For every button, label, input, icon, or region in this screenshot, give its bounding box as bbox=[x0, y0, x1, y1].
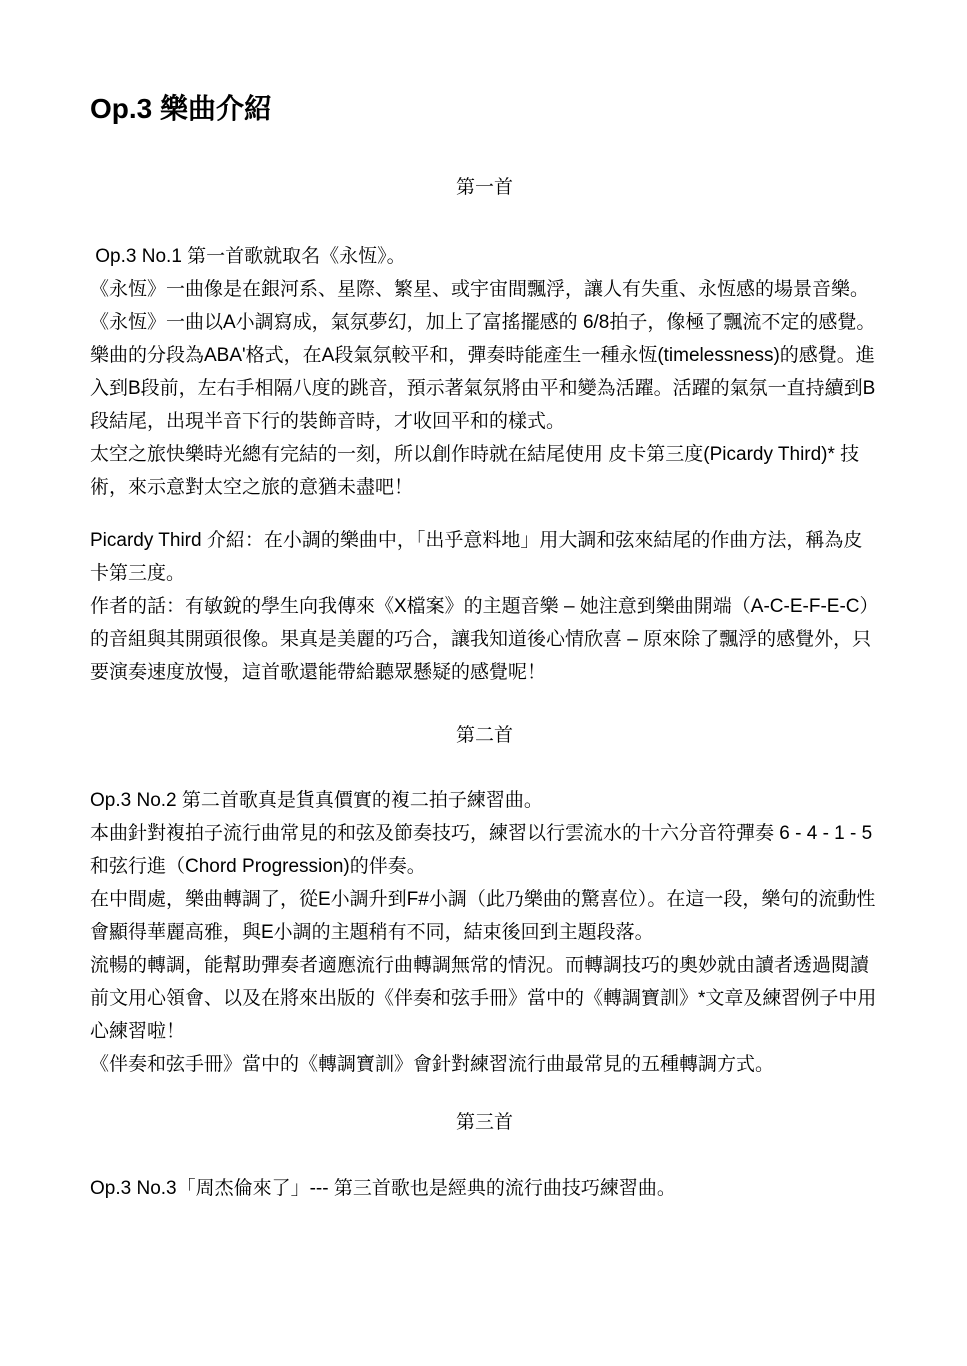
section-heading-third-piece: 第三首 bbox=[90, 1106, 879, 1139]
section-heading-first-piece: 第一首 bbox=[90, 171, 879, 204]
paragraph-no1-ending: 太空之旅快樂時光總有完結的一刻，所以創作時就在結尾使用 皮卡第三度(Picard… bbox=[90, 438, 879, 504]
document-page: Op.3 樂曲介紹 第一首 Op.3 No.1 第一首歌就取名《永恆》。 《永恆… bbox=[0, 0, 967, 1366]
paragraph-no3-naming: Op.3 No.3「周杰倫來了」--- 第三首歌也是經典的流行曲技巧練習曲。 bbox=[90, 1172, 879, 1205]
paragraph-no1-scene: 《永恆》一曲像是在銀河系、星際、繁星、或宇宙間飄浮，讓人有失重、永恆感的場景音樂… bbox=[90, 273, 879, 339]
paragraph-no2-modulation: 在中間處，樂曲轉調了，從E小調升到F#小調（此乃樂曲的驚喜位）。在這一段，樂句的… bbox=[90, 883, 879, 949]
paragraph-no1-naming: Op.3 No.1 第一首歌就取名《永恆》。 bbox=[90, 240, 879, 273]
paragraph-no1-structure: 樂曲的分段為ABA'格式，在A段氣氛較平和，彈奏時能產生一種永恆(timeles… bbox=[90, 339, 879, 438]
paragraph-author-note: 作者的話：有敏銳的學生向我傳來《X檔案》的主題音樂 – 她注意到樂曲開端（A-C… bbox=[90, 590, 879, 689]
paragraph-no2-handbook: 《伴奏和弦手冊》當中的《轉調寶訓》會針對練習流行曲最常見的五種轉調方式。 bbox=[90, 1048, 879, 1081]
paragraph-picardy-third-intro: Picardy Third 介紹：在小調的樂曲中，「出乎意料地」用大調和弦來結尾… bbox=[90, 524, 879, 590]
page-title: Op.3 樂曲介紹 bbox=[90, 92, 879, 126]
paragraph-no2-practice: 流暢的轉調，能幫助彈奏者適應流行曲轉調無常的情況。而轉調技巧的奧妙就由讀者透過閱… bbox=[90, 949, 879, 1048]
paragraph-no2-technique: 本曲針對複拍子流行曲常見的和弦及節奏技巧，練習以行雲流水的十六分音符彈奏 6 -… bbox=[90, 817, 879, 883]
section-heading-second-piece: 第二首 bbox=[90, 719, 879, 752]
paragraph-no2-naming: Op.3 No.2 第二首歌真是貨真價實的複二拍子練習曲。 bbox=[90, 784, 879, 817]
